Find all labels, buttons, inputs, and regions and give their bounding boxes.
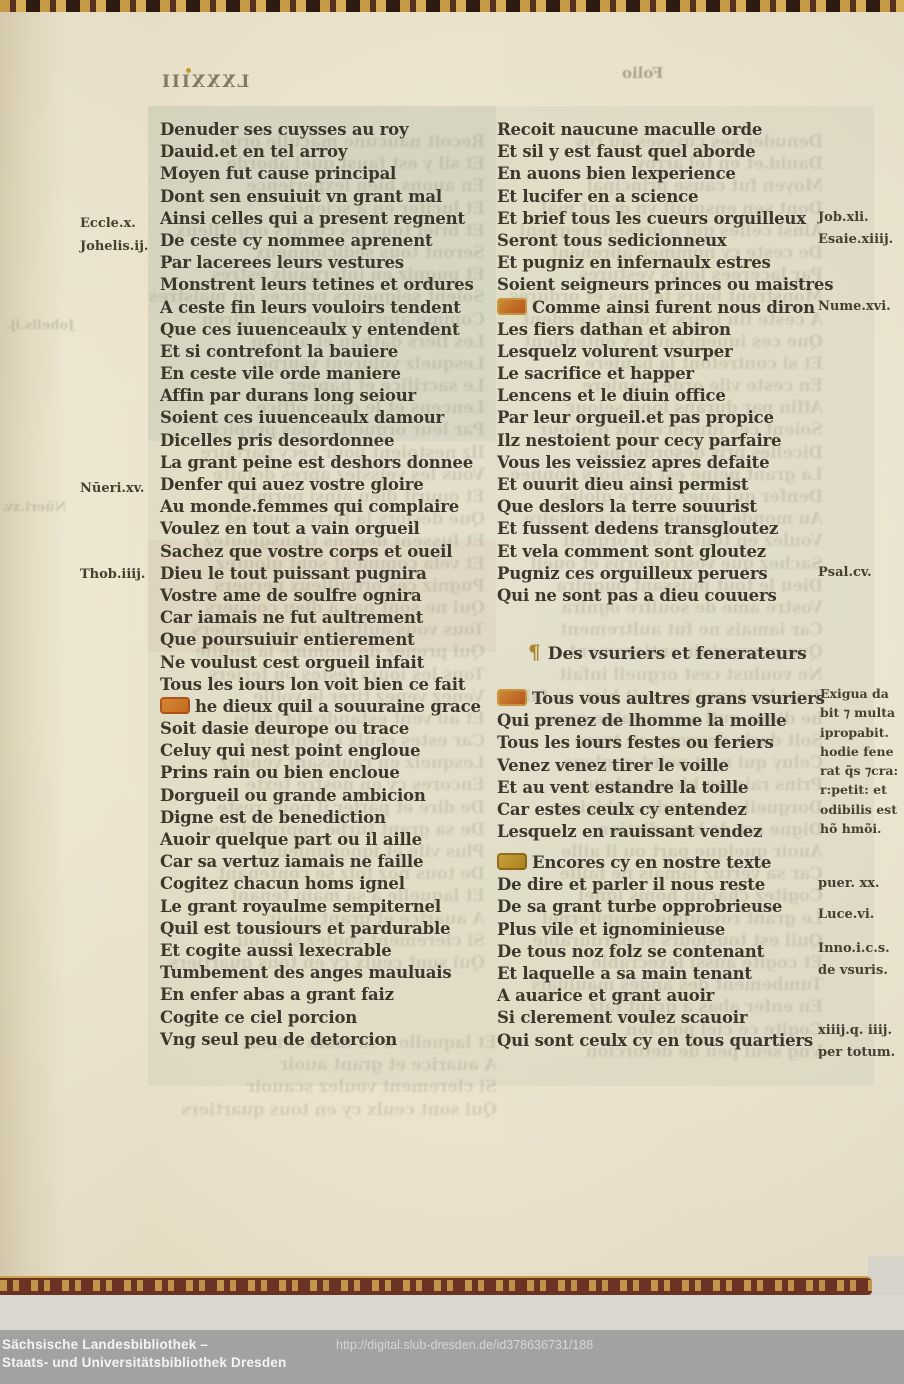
verse-line: Et ouurit dieu ainsi permist [497,474,833,496]
verse-text: A ceste fin leurs vouloirs tendent [160,298,461,317]
margin-note: Johelis.ij. [80,239,148,254]
verse-text: Et brief tous les cueurs orguilleux [497,209,806,228]
verse-text: Tumbement des anges mauluais [160,963,451,982]
verse-text: Cogite ce ciel porcion [160,1008,357,1027]
verse-text: Denuder ses cuysses au roy [160,120,408,139]
verse-line: Ne voulust cest orgueil infait [160,652,481,674]
verse-line: Que deslors la terre souurist [497,496,833,518]
verse-text: Qui ne sont pas a dieu couuers [497,586,777,605]
verse-text: Qui sont ceulx cy en tous quartiers [497,1031,813,1050]
margin-note: Eccle.x. [80,216,136,231]
background-cloth [0,1295,904,1330]
verse-line: A auarice et grant auoir [497,985,813,1007]
verse-text: Dauid.et en tel arroy [160,142,347,161]
showthrough-line: Qui sont ceulx cy en tous quartiers [162,1099,497,1121]
verse-text: Lesquelz volurent vsurper [497,342,733,361]
verse-line: Lesquelz volurent vsurper [497,341,833,363]
verse-text: Denfer qui auez vostre gloire [160,475,424,494]
verse-text: Qui prenez de lhomme la moille [497,711,786,730]
verse-line: En auons bien lexperience [497,163,833,185]
verse-text: Au monde.femmes qui complaire [160,497,459,516]
verse-line: Et brief tous les cueurs orguilleux [497,208,833,230]
verse-text: Les fiers dathan et abiron [497,320,731,339]
verse-line: Qui ne sont pas a dieu couuers [497,585,833,607]
verse-line: Au monde.femmes qui complaire [160,496,481,518]
gloss-line: rat q̃s ⁊cra: [820,761,904,780]
verse-text: Lencens et le diuin office [497,386,726,405]
verse-text: Par leur orgueil.et pas propice [497,408,774,427]
verse-line: Tous les iours festes ou feriers [497,732,825,754]
verse-line: Voulez en tout a vain orgueil [160,518,481,540]
verse-line: Soient seigneurs princes ou maistres [497,274,833,296]
verse-text: Ilz nestoient pour cecy parfaire [497,431,781,450]
text-column-left: Denuder ses cuysses au royDauid.et en te… [160,119,481,1051]
verse-line: Vostre ame de soulfre ognira [160,585,481,607]
verse-line: Affin par durans long seiour [160,385,481,407]
verse-text: Ne voulust cest orgueil infait [160,653,424,672]
verse-text: Et fussent dedens transgloutez [497,519,778,538]
verse-line: Prins rain ou bien encloue [160,762,481,784]
verse-line: Tumbement des anges mauluais [160,962,481,984]
verse-text: De tous noz folz se contenant [497,942,764,961]
verse-text: A auarice et grant auoir [497,986,714,1005]
verse-line: Denuder ses cuysses au roy [160,119,481,141]
verse-line: De dire et parler il nous reste [497,874,813,896]
verse-line: Digne est de benediction [160,807,481,829]
verse-line: Celuy qui nest point engloue [160,740,481,762]
verse-line: Dieu le tout puissant pugnira [160,563,481,585]
verse-line: Vng seul peu de detorcion [160,1029,481,1051]
verse-text: Que deslors la terre souurist [497,497,757,516]
verse-line: Que ces iuuenceaulx y entendent [160,319,481,341]
verse-text: Car iamais ne fut aultrement [160,608,423,627]
library-name-line2: Staats- und Universitätsbibliothek Dresd… [2,1355,286,1370]
verse-text: Que ces iuuenceaulx y entendent [160,320,459,339]
binding-bottom-gold-tooling [0,1280,872,1291]
verse-line: Dauid.et en tel arroy [160,141,481,163]
verse-text: De sa grant turbe opprobrieuse [497,897,782,916]
verse-line: Tous les iours lon voit bien ce fait [160,674,481,696]
section-heading: ¶Des vsuriers et fenerateurs [528,640,807,664]
margin-note: Psal.cv. [818,565,872,580]
verse-text: Seront tous sedicionneux [497,231,727,250]
verse-text: Dicelles pris desordonnee [160,431,394,450]
verse-line: Et pugniz en infernaulx estres [497,252,833,274]
verse-line: he dieux quil a souuraine grace [160,696,481,718]
background-cloth [868,1256,904,1296]
verse-text: Pugniz ces orguilleux peruers [497,564,767,583]
margin-note: de vsuris. [818,963,888,978]
verse-text: Ainsi celles qui a present regnent [160,209,465,228]
verse-line: Par leur orgueil.et pas propice [497,407,833,429]
verse-text: Sachez que vostre corps et oueil [160,542,452,561]
margin-note: Thob.iiij. [80,567,145,582]
folio-number: LXXXIII [160,72,249,92]
margin-note: xiiij.q. iiij. [818,1023,892,1038]
verse-line: Et cogite aussi lexecrable [160,940,481,962]
verse-line: Vous les veissiez apres defaite [497,452,833,474]
verse-line: De sa grant turbe opprobrieuse [497,896,813,918]
verse-text: Dieu le tout puissant pugnira [160,564,427,583]
verse-text: Affin par durans long seiour [160,386,416,405]
verse-line: De tous noz folz se contenant [497,941,813,963]
verse-text: Monstrent leurs tetines et ordures [160,275,474,294]
verse-text: De dire et parler il nous reste [497,875,765,894]
verse-line: En ceste vile orde maniere [160,363,481,385]
verse-line: De ceste cy nommee aprenent [160,230,481,252]
verse-text: Et cogite aussi lexecrable [160,941,392,960]
showthrough-margin-note: Johelis.ij. [6,318,74,333]
verse-line: Cogite ce ciel porcion [160,1007,481,1029]
verse-text: Et pugniz en infernaulx estres [497,253,771,272]
verse-text: Et vela comment sont gloutez [497,542,766,561]
gloss-line: hõ hmõi. [820,819,904,838]
verse-text: En ceste vile orde maniere [160,364,401,383]
verse-line: Et si contrefont la bauiere [160,341,481,363]
library-name-line1: Sächsische Landesbibliothek – [2,1337,208,1352]
verse-line: Qui prenez de lhomme la moille [497,710,825,732]
margin-note: Nūeri.xv. [80,481,144,496]
verse-text: Recoit naucune maculle orde [497,120,762,139]
verse-line: La grant peine est deshors donnee [160,452,481,474]
verse-line: Car iamais ne fut aultrement [160,607,481,629]
verse-text: Le sacrifice et happer [497,364,694,383]
verse-line: Et laquelle a sa main tenant [497,963,813,985]
verse-line: Car estes ceulx cy entendez [497,799,825,821]
verse-text: En auons bien lexperience [497,164,736,183]
verse-line: Car sa vertuz iamais ne faille [160,851,481,873]
verse-line: Et vela comment sont gloutez [497,541,833,563]
verse-line: Venez venez tirer le voille [497,755,825,777]
verse-line: Les fiers dathan et abiron [497,319,833,341]
verse-text: Prins rain ou bien encloue [160,763,400,782]
verse-line: Lencens et le diuin office [497,385,833,407]
margin-note: Luce.vi. [818,907,874,922]
verse-text: Cogitez chacun homs ignel [160,874,405,893]
verse-line: Le sacrifice et happer [497,363,833,385]
verse-line: Ainsi celles qui a present regnent [160,208,481,230]
showthrough-line: A auarice et grant auoir [162,1054,497,1076]
verse-text: he dieux quil a souuraine grace [195,697,481,716]
verse-line: Dicelles pris desordonnee [160,430,481,452]
verse-line: Pugniz ces orguilleux peruers [497,563,833,585]
gloss-line: hodie fene [820,742,904,761]
verse-line: Et fussent dedens transgloutez [497,518,833,540]
verse-line: Si clerement voulez scauoir [497,1007,813,1029]
verse-line: Quil est tousiours et pardurable [160,918,481,940]
gloss-line: Exigua da [820,684,904,703]
verse-text: Vostre ame de soulfre ognira [160,586,422,605]
verse-text: Car estes ceulx cy entendez [497,800,747,819]
showthrough-margin-note: Nūeri.xv. [2,500,66,515]
showthrough-line: Si clerement voulez scauoir [162,1076,497,1098]
rubricated-initial-icon [497,853,527,870]
verse-line: Encores cy en nostre texte [497,852,813,874]
margin-note: Job.xli. [818,210,869,225]
verse-text: La grant peine est deshors donnee [160,453,473,472]
folio-word: Folio [622,64,663,82]
verse-text: Digne est de benediction [160,808,386,827]
verse-text: Et au vent estandre la toille [497,778,748,797]
verse-text: Et si contrefont la bauiere [160,342,398,361]
verse-text: Moyen fut cause principal [160,164,396,183]
verse-text: Si clerement voulez scauoir [497,1008,747,1027]
rubricated-initial-icon [497,298,527,315]
verse-line: Dorgueil ou grande ambicion [160,785,481,807]
text-column-right-part3: Encores cy en nostre texteDe dire et par… [497,852,813,1052]
verse-line: Cogitez chacun homs ignel [160,873,481,895]
verse-line: A ceste fin leurs vouloirs tendent [160,297,481,319]
margin-note: Esaie.xiiij. [818,232,893,247]
verse-line: Tous vous aultres grans vsuriers [497,688,825,710]
verse-text: Comme ainsi furent nous diron [532,298,815,317]
verse-text: Encores cy en nostre texte [532,853,771,872]
verse-text: Car sa vertuz iamais ne faille [160,852,423,871]
verse-line: Plus vile et ignominieuse [497,919,813,941]
verse-text: Soient seigneurs princes ou maistres [497,275,833,294]
verse-text: Dont sen ensuiuit vn grant mal [160,187,442,206]
verse-line: Seront tous sedicionneux [497,230,833,252]
margin-note: puer. xx. [818,876,880,891]
text-column-right-part1: Recoit naucune maculle ordeEt sil y est … [497,119,833,607]
verse-text: De ceste cy nommee aprenent [160,231,432,250]
verse-line: Monstrent leurs tetines et ordures [160,274,481,296]
margin-note: Inno.i.c.s. [818,941,890,956]
verse-line: Denfer qui auez vostre gloire [160,474,481,496]
rubricated-initial-icon [160,697,190,714]
verse-text: Tous les iours festes ou feriers [497,733,774,752]
gloss-line: odibilis est [820,800,904,819]
verse-text: Que poursuiuir entierement [160,630,415,649]
verse-text: Auoir quelque part ou il aille [160,830,422,849]
verse-text: Lesquelz en rauissant vendez [497,822,762,841]
verse-text: Dorgueil ou grande ambicion [160,786,426,805]
gloss-line: r:petit: et [820,780,904,799]
verse-text: Plus vile et ignominieuse [497,920,725,939]
verse-line: En enfer abas a grant faiz [160,984,481,1006]
verse-text: Et sil y est faust quel aborde [497,142,755,161]
verse-line: Lesquelz en rauissant vendez [497,821,825,843]
verse-line: Que poursuiuir entierement [160,629,481,651]
verse-text: Et ouurit dieu ainsi permist [497,475,748,494]
pilcrow-icon: ¶ [528,640,541,664]
verse-text: Venez venez tirer le voille [497,756,729,775]
verse-line: Et lucifer en a science [497,186,833,208]
verse-text: Et laquelle a sa main tenant [497,964,752,983]
footer-bar: Sächsische Landesbibliothek – Staats- un… [0,1330,904,1384]
verse-text: Voulez en tout a vain orgueil [160,519,420,538]
section-heading-text: Des vsuriers et fenerateurs [548,644,807,664]
gold-fleck [186,68,191,73]
verse-line: Comme ainsi furent nous diron [497,297,833,319]
verse-line: Sachez que vostre corps et oueil [160,541,481,563]
verse-text: Soient ces iuuenceaulx damour [160,408,444,427]
margin-note: per totum. [818,1045,895,1060]
verse-text: Et lucifer en a science [497,187,698,206]
gloss-line: bit ⁊ multa [820,703,904,722]
verse-text: En enfer abas a grant faiz [160,985,394,1004]
document-url: http://digital.slub-dresden.de/id3786367… [336,1338,593,1352]
verse-line: Et sil y est faust quel aborde [497,141,833,163]
verse-text: Tous les iours lon voit bien ce fait [160,675,465,694]
latin-margin-gloss: Exigua dabit ⁊ multaipropabit.hodie fene… [820,684,904,838]
verse-text: Le grant royaulme sempiternel [160,897,441,916]
verse-line: Auoir quelque part ou il aille [160,829,481,851]
showthrough-line: Ne voulust cest orgueil infait [488,664,823,686]
verse-line: Dont sen ensuiuit vn grant mal [160,186,481,208]
verse-line: Moyen fut cause principal [160,163,481,185]
verse-line: Et au vent estandre la toille [497,777,825,799]
verse-line: Recoit naucune maculle orde [497,119,833,141]
verse-line: Le grant royaulme sempiternel [160,896,481,918]
verse-line: Soit dasie deurope ou trace [160,718,481,740]
verse-text: Par lacerees leurs vestures [160,253,404,272]
verse-text: Tous vous aultres grans vsuriers [532,689,825,708]
verse-line: Qui sont ceulx cy en tous quartiers [497,1030,813,1052]
verse-text: Celuy qui nest point engloue [160,741,420,760]
margin-note: Nume.xvi. [818,299,891,314]
showthrough-line: Car iamais ne fut aultrement [488,619,823,641]
verse-line: Soient ces iuuenceaulx damour [160,407,481,429]
verse-text: Vous les veissiez apres defaite [497,453,769,472]
rubricated-initial-icon [497,689,527,706]
verse-text: Vng seul peu de detorcion [160,1030,397,1049]
verse-text: Quil est tousiours et pardurable [160,919,450,938]
verse-line: Par lacerees leurs vestures [160,252,481,274]
verse-text: Soit dasie deurope ou trace [160,719,409,738]
text-column-right-part2: Tous vous aultres grans vsuriersQui pren… [497,688,825,843]
gloss-line: ipropabit. [820,723,904,742]
manuscript-scan: Recoit naucune maculle ordeEt sil y est … [0,0,904,1384]
verse-line: Ilz nestoient pour cecy parfaire [497,430,833,452]
